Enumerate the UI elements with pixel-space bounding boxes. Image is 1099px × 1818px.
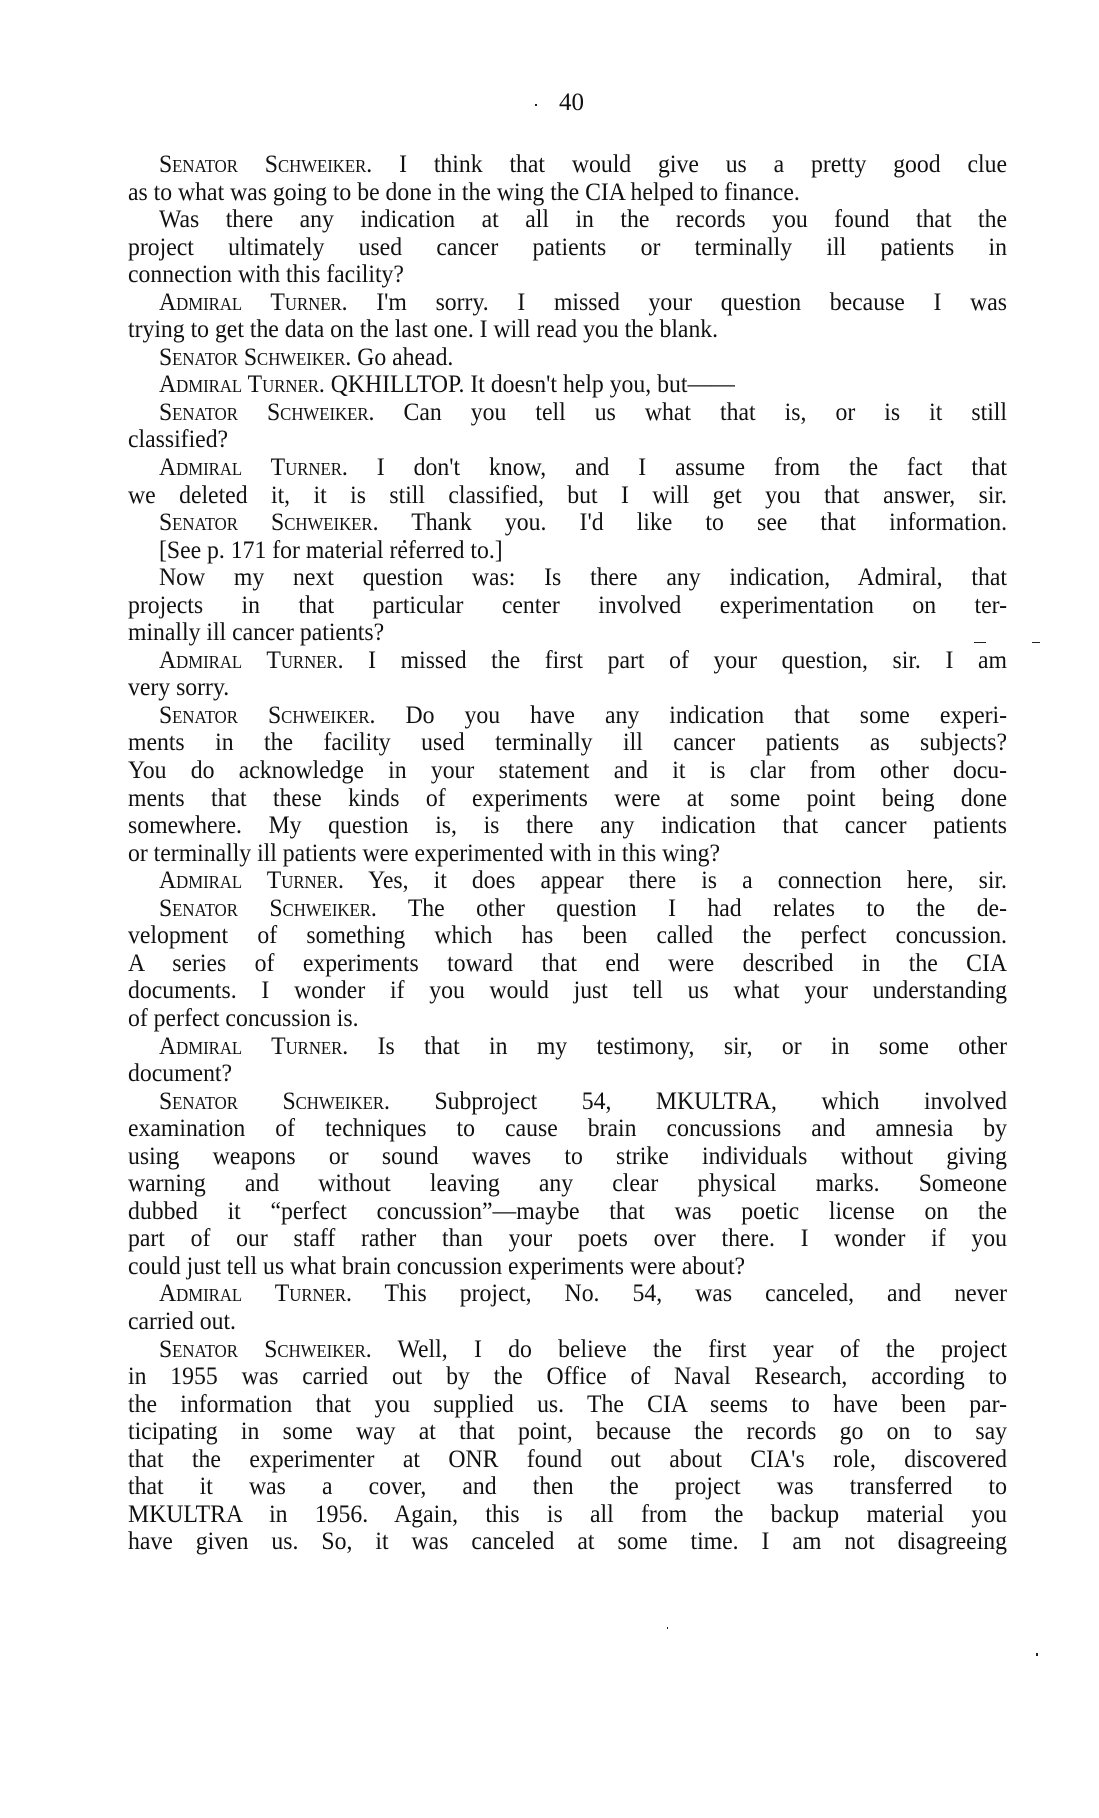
line-text: Yes, it does appear there is a connectio… — [344, 865, 1007, 894]
hearing-transcript-body: Senator Schweiker. I think that would gi… — [128, 150, 1007, 1555]
line-text: minally ill cancer patients? — [128, 617, 384, 646]
transcript-line: that the experimenter at ONR found out a… — [128, 1445, 1007, 1473]
line-text: [See p. 171 for material referred to.] — [159, 535, 503, 564]
transcript-line: Admiral Turner. I don't know, and I assu… — [128, 453, 1007, 481]
line-text: Subproject 54, MKULTRA, which involved — [390, 1086, 1007, 1115]
transcript-line: Senator Schweiker. Do you have any indic… — [128, 701, 1007, 729]
transcript-line: Admiral Turner. Yes, it does appear ther… — [128, 866, 1007, 894]
speaker-name: Admiral Turner. — [159, 865, 344, 894]
line-text: that the experimenter at ONR found out a… — [128, 1444, 1007, 1473]
line-text: classified? — [128, 424, 228, 453]
line-text: connection with this facility? — [128, 259, 404, 288]
transcript-line: part of our staff rather than your poets… — [128, 1224, 1007, 1252]
transcript-line: Admiral Turner. This project, No. 54, wa… — [128, 1279, 1007, 1307]
speaker-name: Senator Schweiker. — [159, 893, 377, 922]
transcript-line: document? — [128, 1059, 1007, 1087]
transcript-line: Senator Schweiker. I think that would gi… — [128, 150, 1007, 178]
transcript-line: minally ill cancer patients? — [128, 618, 1007, 646]
transcript-line: A series of experiments toward that end … — [128, 949, 1007, 977]
line-text: as to what was going to be done in the w… — [128, 177, 800, 206]
speaker-name: Admiral Turner. — [159, 1031, 348, 1060]
transcript-line: or terminally ill patients were experime… — [128, 839, 1007, 867]
line-text: could just tell us what brain concussion… — [128, 1251, 745, 1280]
speaker-name: Senator Schweiker. — [159, 700, 375, 729]
scan-speck — [535, 104, 537, 106]
line-text: projects in that particular center invol… — [128, 590, 1007, 619]
line-text: trying to get the data on the last one. … — [128, 314, 718, 343]
speaker-name: Admiral Turner. — [159, 452, 348, 481]
speaker-name: Senator Schweiker. — [159, 397, 374, 426]
transcript-line: ments in the facility used terminally il… — [128, 728, 1007, 756]
line-text: ments in the facility used terminally il… — [128, 727, 1007, 756]
line-text: Do you have any indication that some exp… — [375, 700, 1007, 729]
transcript-line: [See p. 171 for material referred to.] — [128, 536, 1007, 564]
transcript-line: we deleted it, it is still classified, b… — [128, 481, 1007, 509]
line-text: A series of experiments toward that end … — [128, 948, 1007, 977]
speaker-name: Senator Schweiker. — [159, 1086, 390, 1115]
line-text: QKHILLTOP. It doesn't help you, but—— — [325, 369, 735, 398]
transcript-line: examination of techniques to cause brain… — [128, 1114, 1007, 1142]
line-text: I think that would give us a pretty good… — [372, 149, 1007, 178]
line-text: that it was a cover, and then the projec… — [128, 1471, 1007, 1500]
line-text: I don't know, and I assume from the fact… — [348, 452, 1007, 481]
transcript-line: Was there any indication at all in the r… — [128, 205, 1007, 233]
transcript-line: MKULTRA in 1956. Again, this is all from… — [128, 1500, 1007, 1528]
transcript-line: carried out. — [128, 1307, 1007, 1335]
line-text: somewhere. My question is, is there any … — [128, 810, 1007, 839]
line-text: documents. I wonder if you would just te… — [128, 975, 1007, 1004]
transcript-line: Admiral Turner. I missed the first part … — [128, 646, 1007, 674]
scan-speck — [1036, 1653, 1038, 1656]
speaker-name: Senator Schweiker. — [159, 149, 372, 178]
line-text: we deleted it, it is still classified, b… — [128, 480, 1007, 509]
speaker-name: Senator Schweiker. — [159, 507, 379, 536]
transcript-line: as to what was going to be done in the w… — [128, 178, 1007, 206]
line-text: I'm sorry. I missed your question becaus… — [348, 287, 1007, 316]
transcript-line: projects in that particular center invol… — [128, 591, 1007, 619]
scan-speck — [403, 540, 406, 543]
transcript-line: trying to get the data on the last one. … — [128, 315, 1007, 343]
line-text: Now my next question was: Is there any i… — [159, 562, 1007, 591]
line-text: I missed the first part of your question… — [344, 645, 1007, 674]
line-text: You do acknowledge in your statement and… — [128, 755, 1007, 784]
transcript-line: the information that you supplied us. Th… — [128, 1390, 1007, 1418]
line-text: Is that in my testimony, sir, or in some… — [348, 1031, 1007, 1060]
speaker-name: Senator Schweiker. — [159, 1334, 372, 1363]
speaker-name: Admiral Turner. — [159, 1278, 352, 1307]
transcript-line: Senator Schweiker. Well, I do believe th… — [128, 1335, 1007, 1363]
transcript-line: Admiral Turner. QKHILLTOP. It doesn't he… — [128, 370, 1007, 398]
scan-speck — [667, 1627, 668, 1629]
line-text: Can you tell us what that is, or is it s… — [374, 397, 1007, 426]
speaker-name: Admiral Turner. — [159, 369, 325, 398]
line-text: carried out. — [128, 1306, 236, 1335]
transcript-line: ticipating in some way at that point, be… — [128, 1417, 1007, 1445]
transcript-line: using weapons or sound waves to strike i… — [128, 1142, 1007, 1170]
transcript-line: very sorry. — [128, 673, 1007, 701]
line-text: Thank you. I'd like to see that informat… — [379, 507, 1007, 536]
line-text: project ultimately used cancer patients … — [128, 232, 1007, 261]
transcript-line: of perfect concussion is. — [128, 1004, 1007, 1032]
line-text: This project, No. 54, was canceled, and … — [352, 1278, 1007, 1307]
speaker-name: Admiral Turner. — [159, 287, 348, 316]
line-text: velopment of something which has been ca… — [128, 920, 1007, 949]
line-text: or terminally ill patients were experime… — [128, 838, 720, 867]
line-text: warning and without leaving any clear ph… — [128, 1168, 1007, 1197]
transcript-line: warning and without leaving any clear ph… — [128, 1169, 1007, 1197]
transcript-line: documents. I wonder if you would just te… — [128, 976, 1007, 1004]
document-page: 40 Senator Schweiker. I think that would… — [0, 0, 1099, 1818]
transcript-line: dubbed it “perfect concussion”—maybe tha… — [128, 1197, 1007, 1225]
transcript-line: velopment of something which has been ca… — [128, 921, 1007, 949]
transcript-line: classified? — [128, 425, 1007, 453]
line-text: very sorry. — [128, 672, 229, 701]
line-text: MKULTRA in 1956. Again, this is all from… — [128, 1499, 1007, 1528]
transcript-line: somewhere. My question is, is there any … — [128, 811, 1007, 839]
transcript-line: Admiral Turner. Is that in my testimony,… — [128, 1032, 1007, 1060]
transcript-line: Senator Schweiker. Can you tell us what … — [128, 398, 1007, 426]
line-text: using weapons or sound waves to strike i… — [128, 1141, 1007, 1170]
transcript-line: Senator Schweiker. The other question I … — [128, 894, 1007, 922]
line-text: of perfect concussion is. — [128, 1003, 358, 1032]
line-text: Was there any indication at all in the r… — [159, 204, 1007, 233]
transcript-line: ments that these kinds of experiments we… — [128, 784, 1007, 812]
line-text: part of our staff rather than your poets… — [128, 1223, 1007, 1252]
speaker-name: Admiral Turner. — [159, 645, 344, 674]
speaker-name: Senator Schweiker. — [159, 342, 351, 371]
line-text: Go ahead. — [351, 342, 453, 371]
transcript-line: connection with this facility? — [128, 260, 1007, 288]
transcript-line: have given us. So, it was canceled at so… — [128, 1527, 1007, 1555]
line-text: Well, I do believe the first year of the… — [372, 1334, 1007, 1363]
transcript-line: Senator Schweiker. Go ahead. — [128, 343, 1007, 371]
transcript-line: Senator Schweiker. Subproject 54, MKULTR… — [128, 1087, 1007, 1115]
transcript-line: You do acknowledge in your statement and… — [128, 756, 1007, 784]
scan-dash-mark — [1032, 642, 1040, 643]
transcript-line: in 1955 was carried out by the Office of… — [128, 1362, 1007, 1390]
transcript-line: could just tell us what brain concussion… — [128, 1252, 1007, 1280]
line-text: have given us. So, it was canceled at so… — [128, 1526, 1007, 1555]
line-text: ticipating in some way at that point, be… — [128, 1416, 1007, 1445]
line-text: The other question I had relates to the … — [377, 893, 1007, 922]
transcript-line: project ultimately used cancer patients … — [128, 233, 1007, 261]
page-number: 40 — [0, 88, 1099, 118]
line-text: dubbed it “perfect concussion”—maybe tha… — [128, 1196, 1007, 1225]
transcript-line: Senator Schweiker. Thank you. I'd like t… — [128, 508, 1007, 536]
transcript-line: that it was a cover, and then the projec… — [128, 1472, 1007, 1500]
line-text: the information that you supplied us. Th… — [128, 1389, 1007, 1418]
line-text: document? — [128, 1058, 232, 1087]
line-text: examination of techniques to cause brain… — [128, 1113, 1007, 1142]
scan-dash-mark — [974, 642, 986, 643]
line-text: ments that these kinds of experiments we… — [128, 783, 1007, 812]
line-text: in 1955 was carried out by the Office of… — [128, 1361, 1007, 1390]
transcript-line: Now my next question was: Is there any i… — [128, 563, 1007, 591]
transcript-line: Admiral Turner. I'm sorry. I missed your… — [128, 288, 1007, 316]
